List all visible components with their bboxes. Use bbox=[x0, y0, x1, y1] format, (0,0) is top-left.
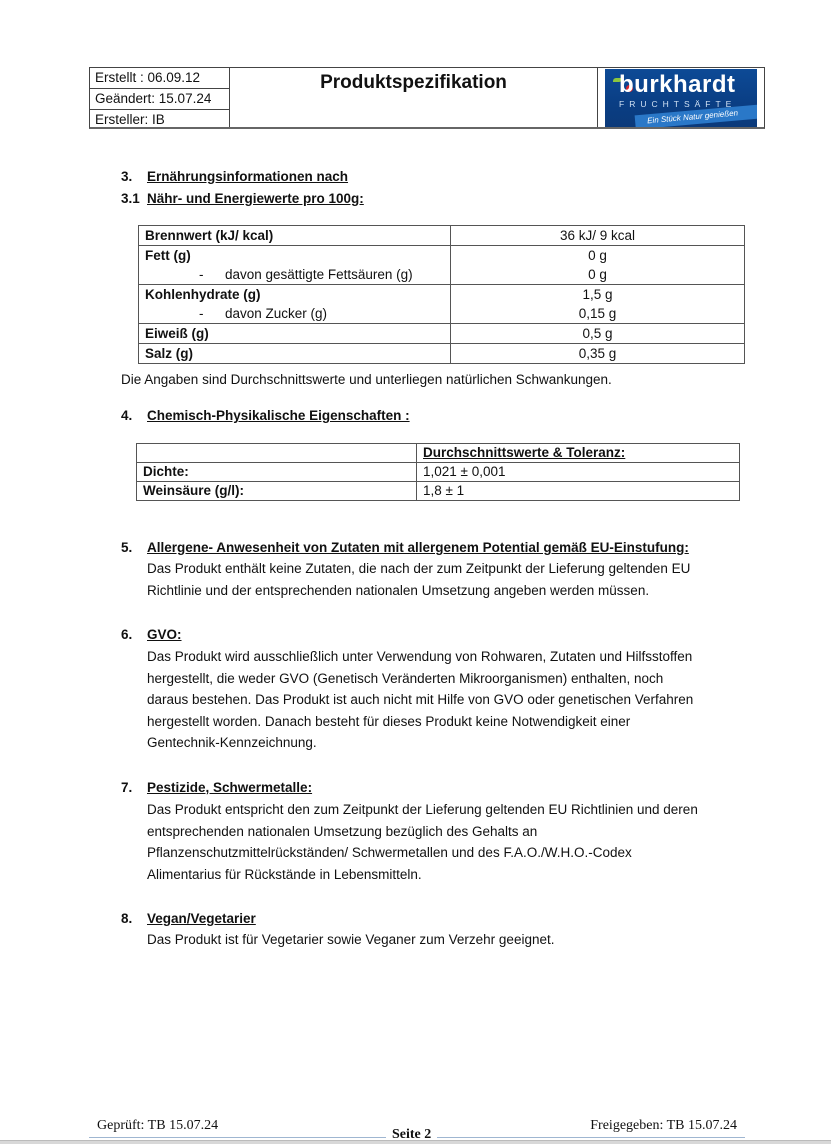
document-header: Erstellt : 06.09.12 Geändert: 15.07.24 E… bbox=[89, 67, 765, 129]
document-meta: Erstellt : 06.09.12 Geändert: 15.07.24 E… bbox=[90, 68, 230, 127]
section-6-text: Das Produkt wird ausschließlich unter Ve… bbox=[147, 646, 693, 754]
section-8-heading: 8.Vegan/Vegetarier bbox=[121, 911, 256, 926]
checked-by: Geprüft: TB 15.07.24 bbox=[97, 1118, 218, 1134]
document-title: Produktspezifikation bbox=[230, 68, 598, 127]
nutrition-note: Die Angaben sind Durchschnittswerte und … bbox=[121, 369, 612, 391]
section-4-heading: 4.Chemisch-Physikalische Eigenschaften : bbox=[121, 408, 410, 423]
table-row: Fett (g) -davon gesättigte Fettsäuren (g… bbox=[139, 246, 745, 285]
nutrition-table: Brennwert (kJ/ kcal) 36 kJ/ 9 kcal Fett … bbox=[138, 225, 745, 364]
changed-date: Geändert: 15.07.24 bbox=[90, 89, 229, 110]
section-6-heading: 6.GVO: bbox=[121, 627, 182, 642]
burkhardt-logo: burkhardt FRUCHTSÄFTE Ein Stück Natur ge… bbox=[605, 69, 757, 127]
chemical-table: Durchschnittswerte & Toleranz: Dichte: 1… bbox=[136, 443, 740, 501]
page-edge bbox=[0, 1140, 831, 1144]
logo-cell: burkhardt FRUCHTSÄFTE Ein Stück Natur ge… bbox=[598, 68, 764, 127]
section-5-heading: 5.Allergene- Anwesenheit von Zutaten mit… bbox=[121, 540, 689, 555]
logo-brand: burkhardt bbox=[619, 71, 736, 99]
table-row: Weinsäure (g/l): 1,8 ± 1 bbox=[137, 482, 740, 501]
table-row: Brennwert (kJ/ kcal) 36 kJ/ 9 kcal bbox=[139, 226, 745, 246]
table-row: Salz (g) 0,35 g bbox=[139, 344, 745, 364]
table-row: Dichte: 1,021 ± 0,001 bbox=[137, 463, 740, 482]
table-row: Kohlenhydrate (g) -davon Zucker (g) 1,5 … bbox=[139, 285, 745, 324]
author: Ersteller: IB bbox=[90, 110, 229, 130]
section-7-text: Das Produkt entspricht den zum Zeitpunkt… bbox=[147, 799, 698, 885]
created-date: Erstellt : 06.09.12 bbox=[90, 68, 229, 89]
released-by: Freigegeben: TB 15.07.24 bbox=[590, 1118, 737, 1134]
table-row: Durchschnittswerte & Toleranz: bbox=[137, 444, 740, 463]
section-7-heading: 7.Pestizide, Schwermetalle: bbox=[121, 780, 312, 795]
section-3-heading: 3.Ernährungsinformationen nach bbox=[121, 169, 348, 184]
section-3-1-heading: 3.1Nähr- und Energiewerte pro 100g: bbox=[121, 191, 364, 206]
section-8-text: Das Produkt ist für Vegetarier sowie Veg… bbox=[147, 929, 554, 951]
section-5-text: Das Produkt enthält keine Zutaten, die n… bbox=[147, 558, 690, 601]
table-row: Eiweiß (g) 0,5 g bbox=[139, 324, 745, 344]
